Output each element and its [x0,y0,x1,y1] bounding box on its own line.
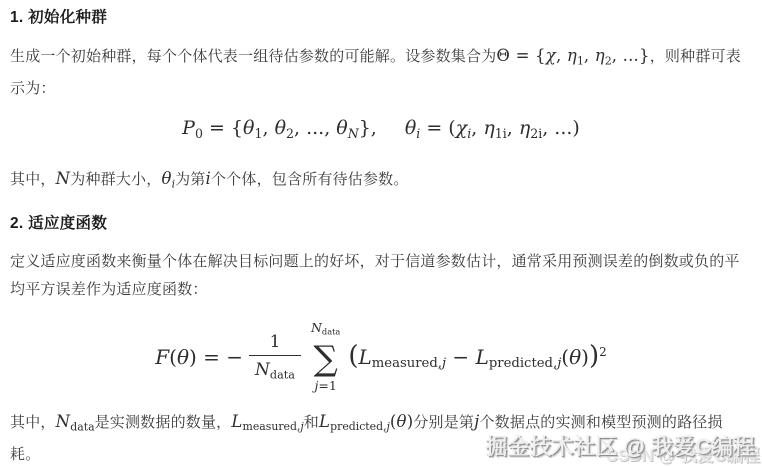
math-subscript: 2 [286,126,294,141]
formula-population: P0 = {θ1, θ2, ..., θN},θi = (χi, η1i, η2… [10,117,752,141]
article-content: 1. 初始化种群 生成一个初始种群，每个个体代表一组待估参数的可能解。设参数集合… [0,0,762,467]
math-subscript: 1i [495,126,507,141]
math-token: predicted, [489,356,557,371]
math-token: θ [405,117,416,139]
paragraph-init-population: 生成一个初始种群，每个个体代表一组待估参数的可能解。设参数集合为Θ = {χ, … [10,42,752,103]
text-run: 分别是第 [413,414,474,431]
math-token: χ [456,117,468,139]
math-token: = { [510,46,546,65]
math-token: L [476,345,489,369]
math-token: L [231,412,242,431]
math-token: =1 [318,378,336,393]
inline-math-L-measured: Lmeasured,j [231,413,303,431]
math-token: ) [581,345,589,369]
math-token: }, [359,117,377,139]
summation: Ndata∑j=1 [311,320,340,393]
text-run: 其中， [10,414,56,431]
inline-math-N-data: Ndata [56,413,95,431]
math-token: η [483,117,494,139]
math-superscript: 2 [599,345,607,359]
math-subscript: N [348,126,359,141]
math-token: N [311,320,322,335]
section-heading-init-population: 1. 初始化种群 [10,8,752,28]
math-token: ) = − [189,345,243,369]
math-token: η [567,46,577,65]
summation-lower-limit: j=1 [315,378,337,394]
math-token: χ [546,46,556,65]
math-token: L [359,345,372,369]
math-subscript: 2i [530,126,542,141]
math-token: Θ [496,46,510,65]
math-token: ) [589,341,599,371]
math-subscript: data [270,368,295,381]
math-token: , ...) [542,117,580,139]
math-token: ( [561,345,569,369]
fitness-equation: F(θ) = −1NdataNdata∑j=1(Lmeasured,j − Lp… [155,320,607,393]
math-token: , [584,46,595,65]
text-run: 生成一个初始种群，每个个体代表一组待估参数的可能解。设参数集合为 [10,48,496,65]
math-token: , [471,117,483,139]
text-run: 和 [304,414,319,431]
math-token: measured, [243,420,301,433]
math-token: , [556,46,567,65]
math-subscript: predicted,j [489,355,561,370]
math-subscript: 1 [577,54,584,67]
equation-body: (Lmeasured,j − Lpredicted,j(θ))2 [348,343,606,372]
math-token: ( [348,341,358,371]
paragraph-fitness-intro: 定义适应度函数来衡量个体在解决目标问题上的好坏，对于信道参数估计，通常采用预测误… [10,248,752,304]
math-token: F [155,345,169,369]
equation-head: F(θ) = − [155,345,243,370]
math-token: θ [177,345,189,369]
math-token: θ [569,345,581,369]
math-token: , [507,117,519,139]
math-token: θ [336,117,347,139]
math-token: N [255,360,270,380]
section-heading-fitness-function: 2. 适应度函数 [10,214,752,234]
math-subscript: 2 [605,54,612,67]
math-token: η [595,46,605,65]
text-run: 为种群大小， [70,171,161,188]
watermark-juejin: 掘金技术社区 @ 我爱C编程 [485,430,755,461]
inline-math-N: N [56,170,71,188]
math-token: L [319,412,330,431]
math-subscript: data [70,420,94,433]
math-token: , ...} [612,46,650,65]
math-token: , [262,117,274,139]
math-token: N [56,169,71,188]
paragraph-population-note: 其中，N为种群大小，θi为第i个个体，包含所有待估参数。 [10,165,752,198]
math-subscript: measured,j [243,421,304,433]
math-token: measured, [372,356,442,371]
math-token: , ..., [294,117,336,139]
math-subscript: predicted,j [330,421,390,433]
math-token: θ [243,117,254,139]
text-run: 为第 [175,171,205,188]
math-token: θ [275,117,286,139]
article-page: { "content": { "h1": "1. 初始化种群", "p1": {… [0,0,762,467]
math-token: = ( [420,117,455,139]
math-subscript: measured,j [372,355,446,370]
sigma-icon: ∑ [314,340,338,378]
text-run: 是实测数据的数量， [95,414,232,431]
math-subscript: data [322,327,340,337]
fraction-numerator: 1 [264,332,287,355]
math-token: P [182,117,195,139]
fraction: 1Ndata [249,332,301,383]
inline-math-theta-i: θi [161,170,175,188]
fraction-denominator: Ndata [249,355,301,382]
inline-math-L-predicted: Lpredicted,j(θ) [319,413,413,431]
text-run: 其中， [10,171,56,188]
math-token: ( [390,412,397,431]
math-token: = { [203,117,243,139]
text-run: 个个体，包含所有待估参数。 [211,171,409,188]
formula-fitness: F(θ) = −1NdataNdata∑j=1(Lmeasured,j − Lp… [10,320,752,393]
math-token: predicted, [330,420,386,433]
math-token: θ [161,169,171,188]
math-token: − [446,345,475,369]
inline-math-parameter-set: Θ = {χ, η1, η2, ...} [496,47,649,65]
summation-upper-limit: Ndata [311,320,340,339]
math-token: θ [397,412,407,431]
math-token: η [519,117,530,139]
math-subscript: 0 [195,126,203,141]
math-token: ( [169,345,177,369]
math-token: N [56,412,71,431]
